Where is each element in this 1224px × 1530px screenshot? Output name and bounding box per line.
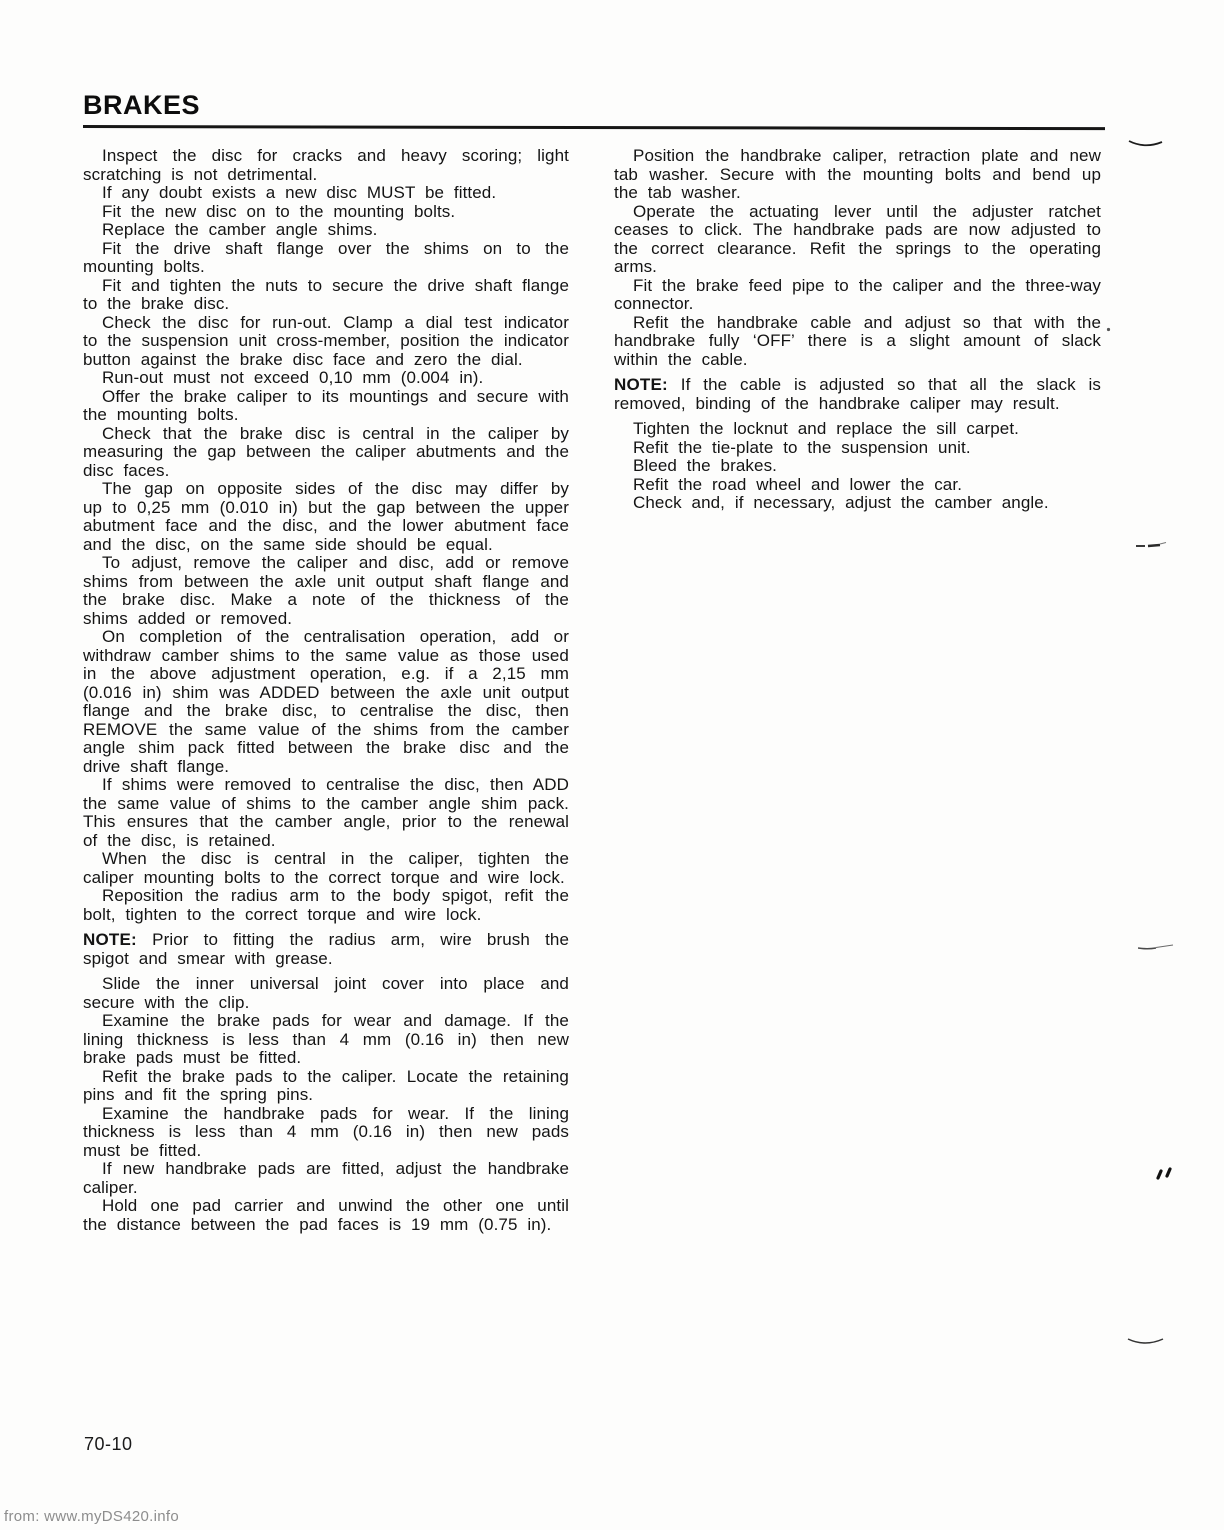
scan-swoosh-mark (1127, 1335, 1165, 1349)
paragraph: If shims were removed to centralise the … (83, 776, 569, 850)
paragraph: When the disc is central in the caliper,… (83, 850, 569, 887)
paragraph: Fit the new disc on to the mounting bolt… (83, 203, 569, 222)
paragraph: Operate the actuating lever until the ad… (614, 203, 1101, 277)
manual-page: BRAKES Inspect the disc for cracks and h… (0, 0, 1224, 1530)
note-paragraph: NOTE: Prior to fitting the radius arm, w… (83, 931, 569, 968)
paragraph: If new handbrake pads are fitted, adjust… (83, 1160, 569, 1197)
paragraph: Hold one pad carrier and unwind the othe… (83, 1197, 569, 1234)
paragraph: Fit and tighten the nuts to secure the d… (83, 277, 569, 314)
scan-dash-mark (1138, 942, 1176, 952)
paragraph: Position the handbrake caliper, retracti… (614, 147, 1101, 203)
paragraph: Check that the brake disc is central in … (83, 425, 569, 481)
paragraph: Inspect the disc for cracks and heavy sc… (83, 147, 569, 184)
paragraph: Examine the handbrake pads for wear. If … (83, 1105, 569, 1161)
paragraph: Refit the brake pads to the caliper. Loc… (83, 1068, 569, 1105)
paragraph: Fit the brake feed pipe to the caliper a… (614, 277, 1101, 314)
source-watermark: from: www.myDS420.info (4, 1508, 179, 1525)
scan-double-tick-mark (1154, 1166, 1176, 1182)
paragraph: Refit the handbrake cable and adjust so … (614, 314, 1101, 370)
page-title: BRAKES (83, 92, 1105, 119)
paragraph: If any doubt exists a new disc MUST be f… (83, 184, 569, 203)
paragraph: Replace the camber angle shims. (83, 221, 569, 240)
paragraph: Check and, if necessary, adjust the camb… (614, 494, 1101, 513)
paragraph: Run-out must not exceed 0,10 mm (0.004 i… (83, 369, 569, 388)
paragraph: Tighten the locknut and replace the sill… (614, 420, 1101, 439)
note-paragraph: NOTE: If the cable is adjusted so that a… (614, 376, 1101, 413)
paragraph: Examine the brake pads for wear and dama… (83, 1012, 569, 1068)
right-column: Position the handbrake caliper, retracti… (614, 147, 1101, 1234)
scan-swoosh-mark (1128, 137, 1164, 151)
paragraph: On completion of the centralisation oper… (83, 628, 569, 776)
paragraph: Check the disc for run-out. Clamp a dial… (83, 314, 569, 370)
paragraph: Reposition the radius arm to the body sp… (83, 887, 569, 924)
paragraph: Slide the inner universal joint cover in… (83, 975, 569, 1012)
paragraph: To adjust, remove the caliper and disc, … (83, 554, 569, 628)
scan-dash-mark (1136, 540, 1168, 550)
paragraph: The gap on opposite sides of the disc ma… (83, 480, 569, 554)
note-label: NOTE: (83, 930, 152, 949)
note-label: NOTE: (614, 375, 681, 394)
paragraph: Offer the brake caliper to its mountings… (83, 388, 569, 425)
two-column-layout: Inspect the disc for cracks and heavy sc… (83, 147, 1105, 1234)
page-content: BRAKES Inspect the disc for cracks and h… (83, 92, 1105, 1234)
scan-dot-mark (1106, 327, 1111, 332)
paragraph: Refit the road wheel and lower the car. (614, 476, 1101, 495)
title-underline (83, 125, 1105, 130)
paragraph: Refit the tie-plate to the suspension un… (614, 439, 1101, 458)
paragraph: Fit the drive shaft flange over the shim… (83, 240, 569, 277)
paragraph: Bleed the brakes. (614, 457, 1101, 476)
page-number: 70-10 (84, 1434, 133, 1455)
left-column: Inspect the disc for cracks and heavy sc… (83, 147, 569, 1234)
